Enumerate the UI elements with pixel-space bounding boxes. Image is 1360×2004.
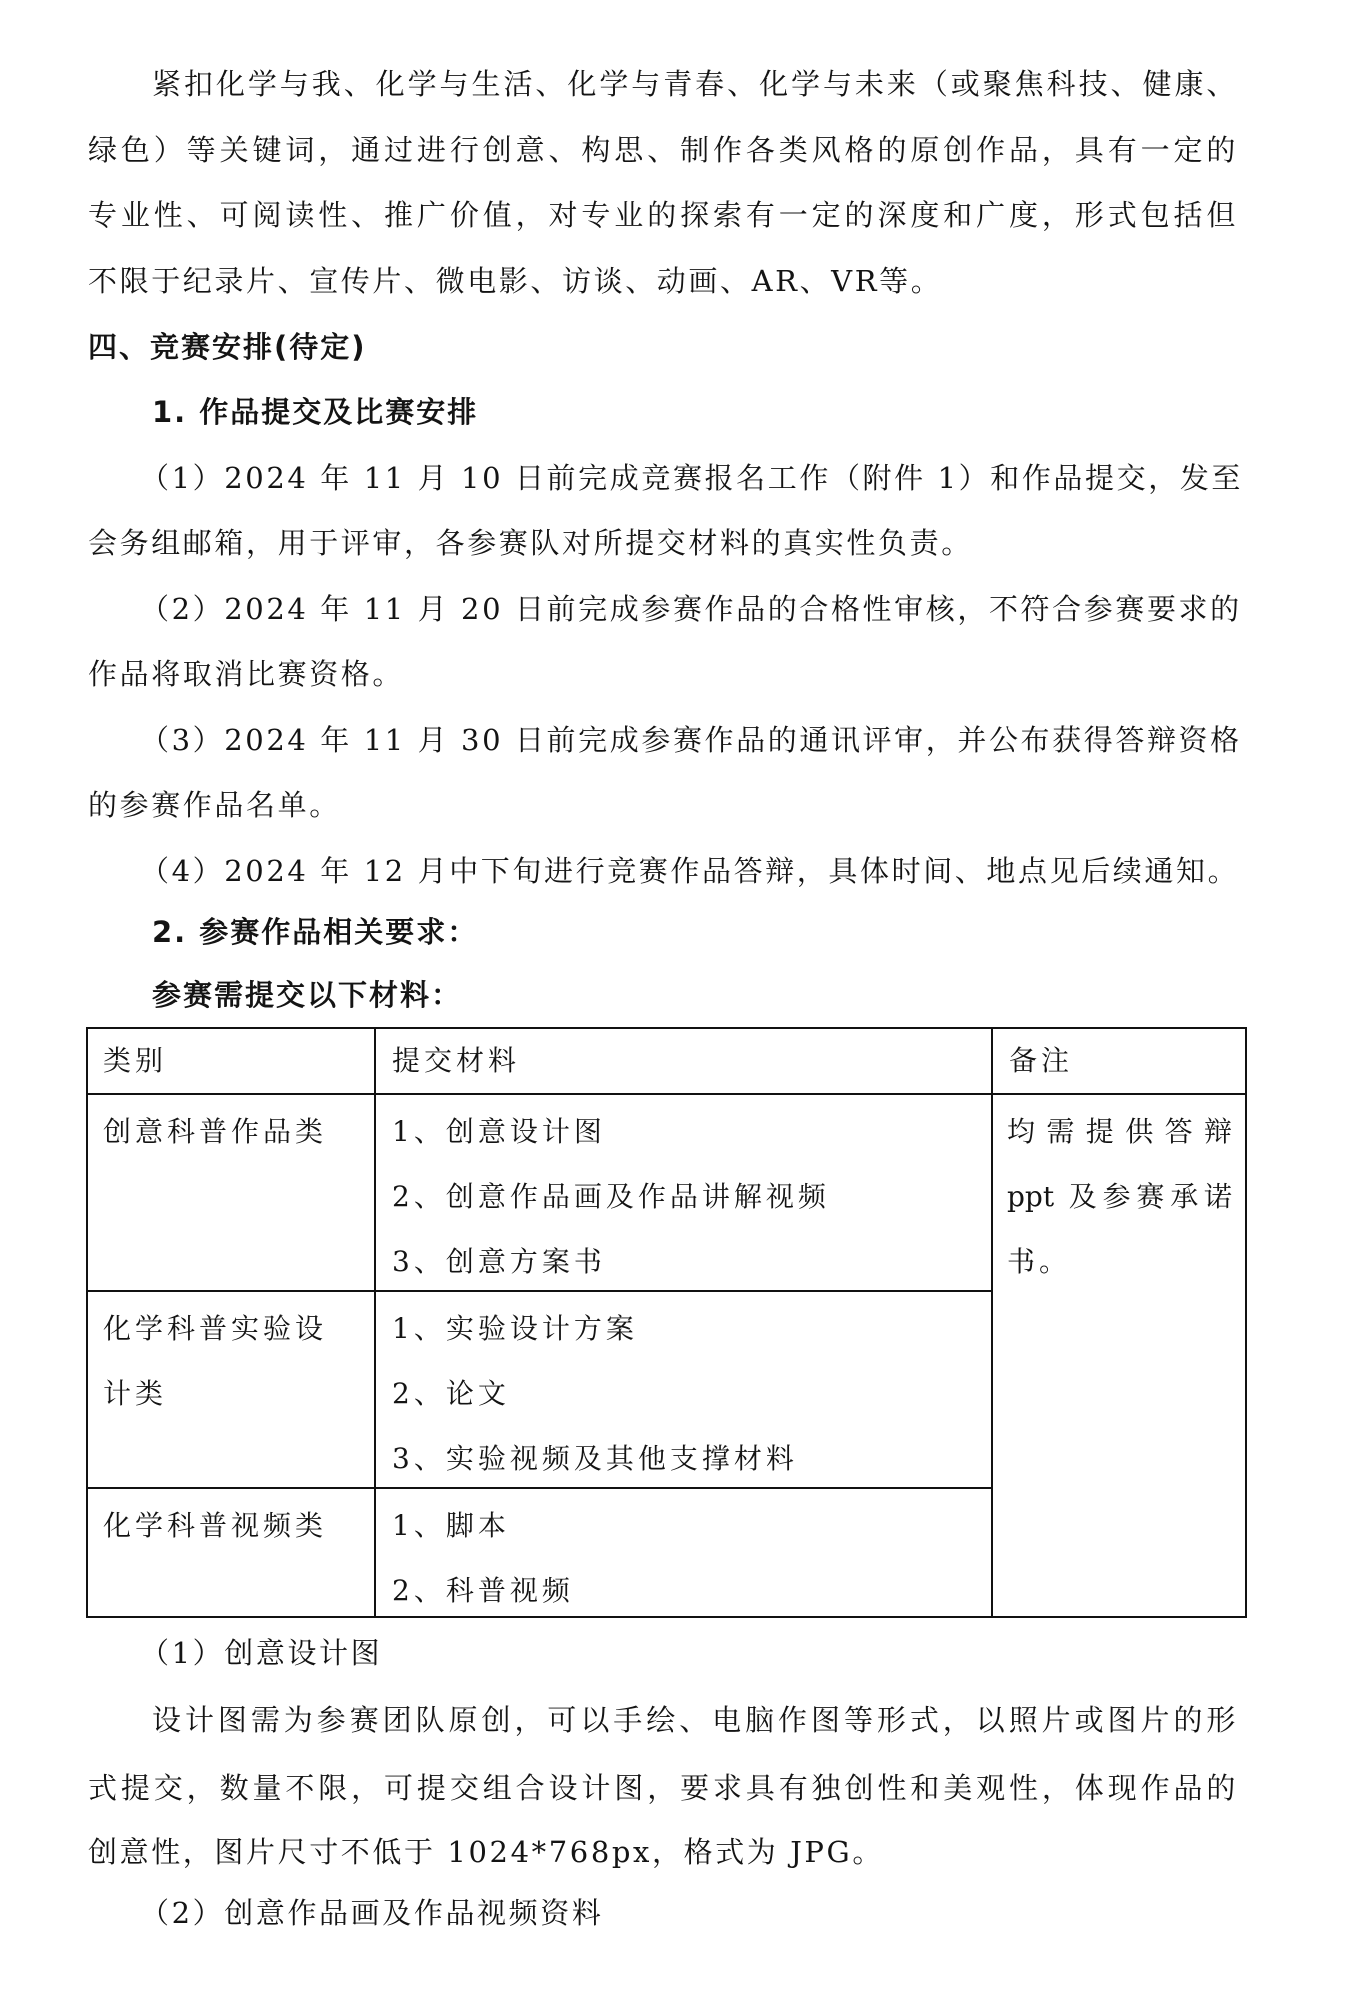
item-2-line-1: （2）2024 年 11 月 20 日前完成参赛作品的合格性审核，不符合参赛要求… [140,589,1238,629]
table-row-2-material-3: 3、实验视频及其他支撑材料 [392,1439,798,1479]
table-row-2-material-1: 1、实验设计方案 [392,1309,638,1349]
table-row-2-material-2: 2、论文 [392,1374,510,1414]
table-row-3-material-2: 2、科普视频 [392,1571,574,1611]
design-drawing-line-3: 创意性，图片尺寸不低于 1024*768px，格式为 JPG。 [88,1832,1238,1872]
subsection-1-heading: 1. 作品提交及比赛安排 [152,392,1238,432]
table-header-materials: 提交材料 [392,1041,520,1081]
design-drawing-line-2: 式提交，数量不限，可提交组合设计图，要求具有独创性和美观性，体现作品的 [88,1768,1238,1808]
table-header-divider [88,1093,1245,1095]
table-row-1-material-2: 2、创意作品画及作品讲解视频 [392,1177,830,1217]
table-row-2-category-line-2: 计类 [103,1374,167,1414]
materials-table: 类别 提交材料 备注 创意科普作品类 1、创意设计图 2、创意作品画及作品讲解视… [86,1027,1247,1618]
design-drawing-line-1: 设计图需为参赛团队原创，可以手绘、电脑作图等形式，以照片或图片的形 [152,1700,1238,1740]
subsection-2-heading: 2. 参赛作品相关要求： [152,912,1238,952]
materials-intro: 参赛需提交以下材料： [152,975,1238,1015]
table-row-1-divider [88,1290,991,1292]
design-drawing-heading: （1）创意设计图 [140,1633,1226,1673]
creative-video-heading: （2）创意作品画及作品视频资料 [140,1893,1226,1933]
item-4-line-1: （4）2024 年 12 月中下旬进行竞赛作品答辩，具体时间、地点见后续通知。 [140,851,1238,891]
table-note-line-3: 书。 [1007,1242,1071,1282]
intro-line-1: 紧扣化学与我、化学与生活、化学与青春、化学与未来（或聚焦科技、健康、 [152,64,1238,104]
table-header-notes: 备注 [1009,1041,1073,1081]
table-row-2-divider [88,1487,991,1489]
intro-line-3: 专业性、可阅读性、推广价值，对专业的探索有一定的深度和广度，形式包括但 [88,195,1238,235]
table-row-2-category-line-1: 化学科普实验设 [103,1309,327,1349]
table-note-line-1: 均需提供答辩 [1007,1112,1232,1152]
item-1-line-2: 会务组邮箱，用于评审，各参赛队对所提交材料的真实性负责。 [88,523,1238,563]
intro-line-2: 绿色）等关键词，通过进行创意、构思、制作各类风格的原创作品，具有一定的 [88,130,1238,170]
table-note-line-2: ppt 及参赛承诺 [1007,1177,1232,1217]
item-1-line-1: （1）2024 年 11 月 10 日前完成竞赛报名工作（附件 1）和作品提交，… [140,458,1238,498]
table-col-1-divider [374,1029,376,1616]
table-header-category: 类别 [103,1041,167,1081]
section-heading: 四、竞赛安排(待定) [88,327,1238,367]
table-row-3-category: 化学科普视频类 [103,1506,327,1546]
table-row-1-category: 创意科普作品类 [103,1112,327,1152]
item-3-line-1: （3）2024 年 11 月 30 日前完成参赛作品的通讯评审，并公布获得答辩资… [140,720,1238,760]
table-row-3-material-1: 1、脚本 [392,1506,510,1546]
item-3-line-2: 的参赛作品名单。 [88,785,1238,825]
item-2-line-2: 作品将取消比赛资格。 [88,654,1238,694]
table-row-1-material-3: 3、创意方案书 [392,1242,606,1282]
intro-line-4: 不限于纪录片、宣传片、微电影、访谈、动画、AR、VR等。 [88,261,1238,301]
table-row-1-material-1: 1、创意设计图 [392,1112,606,1152]
table-col-2-divider [991,1029,993,1616]
